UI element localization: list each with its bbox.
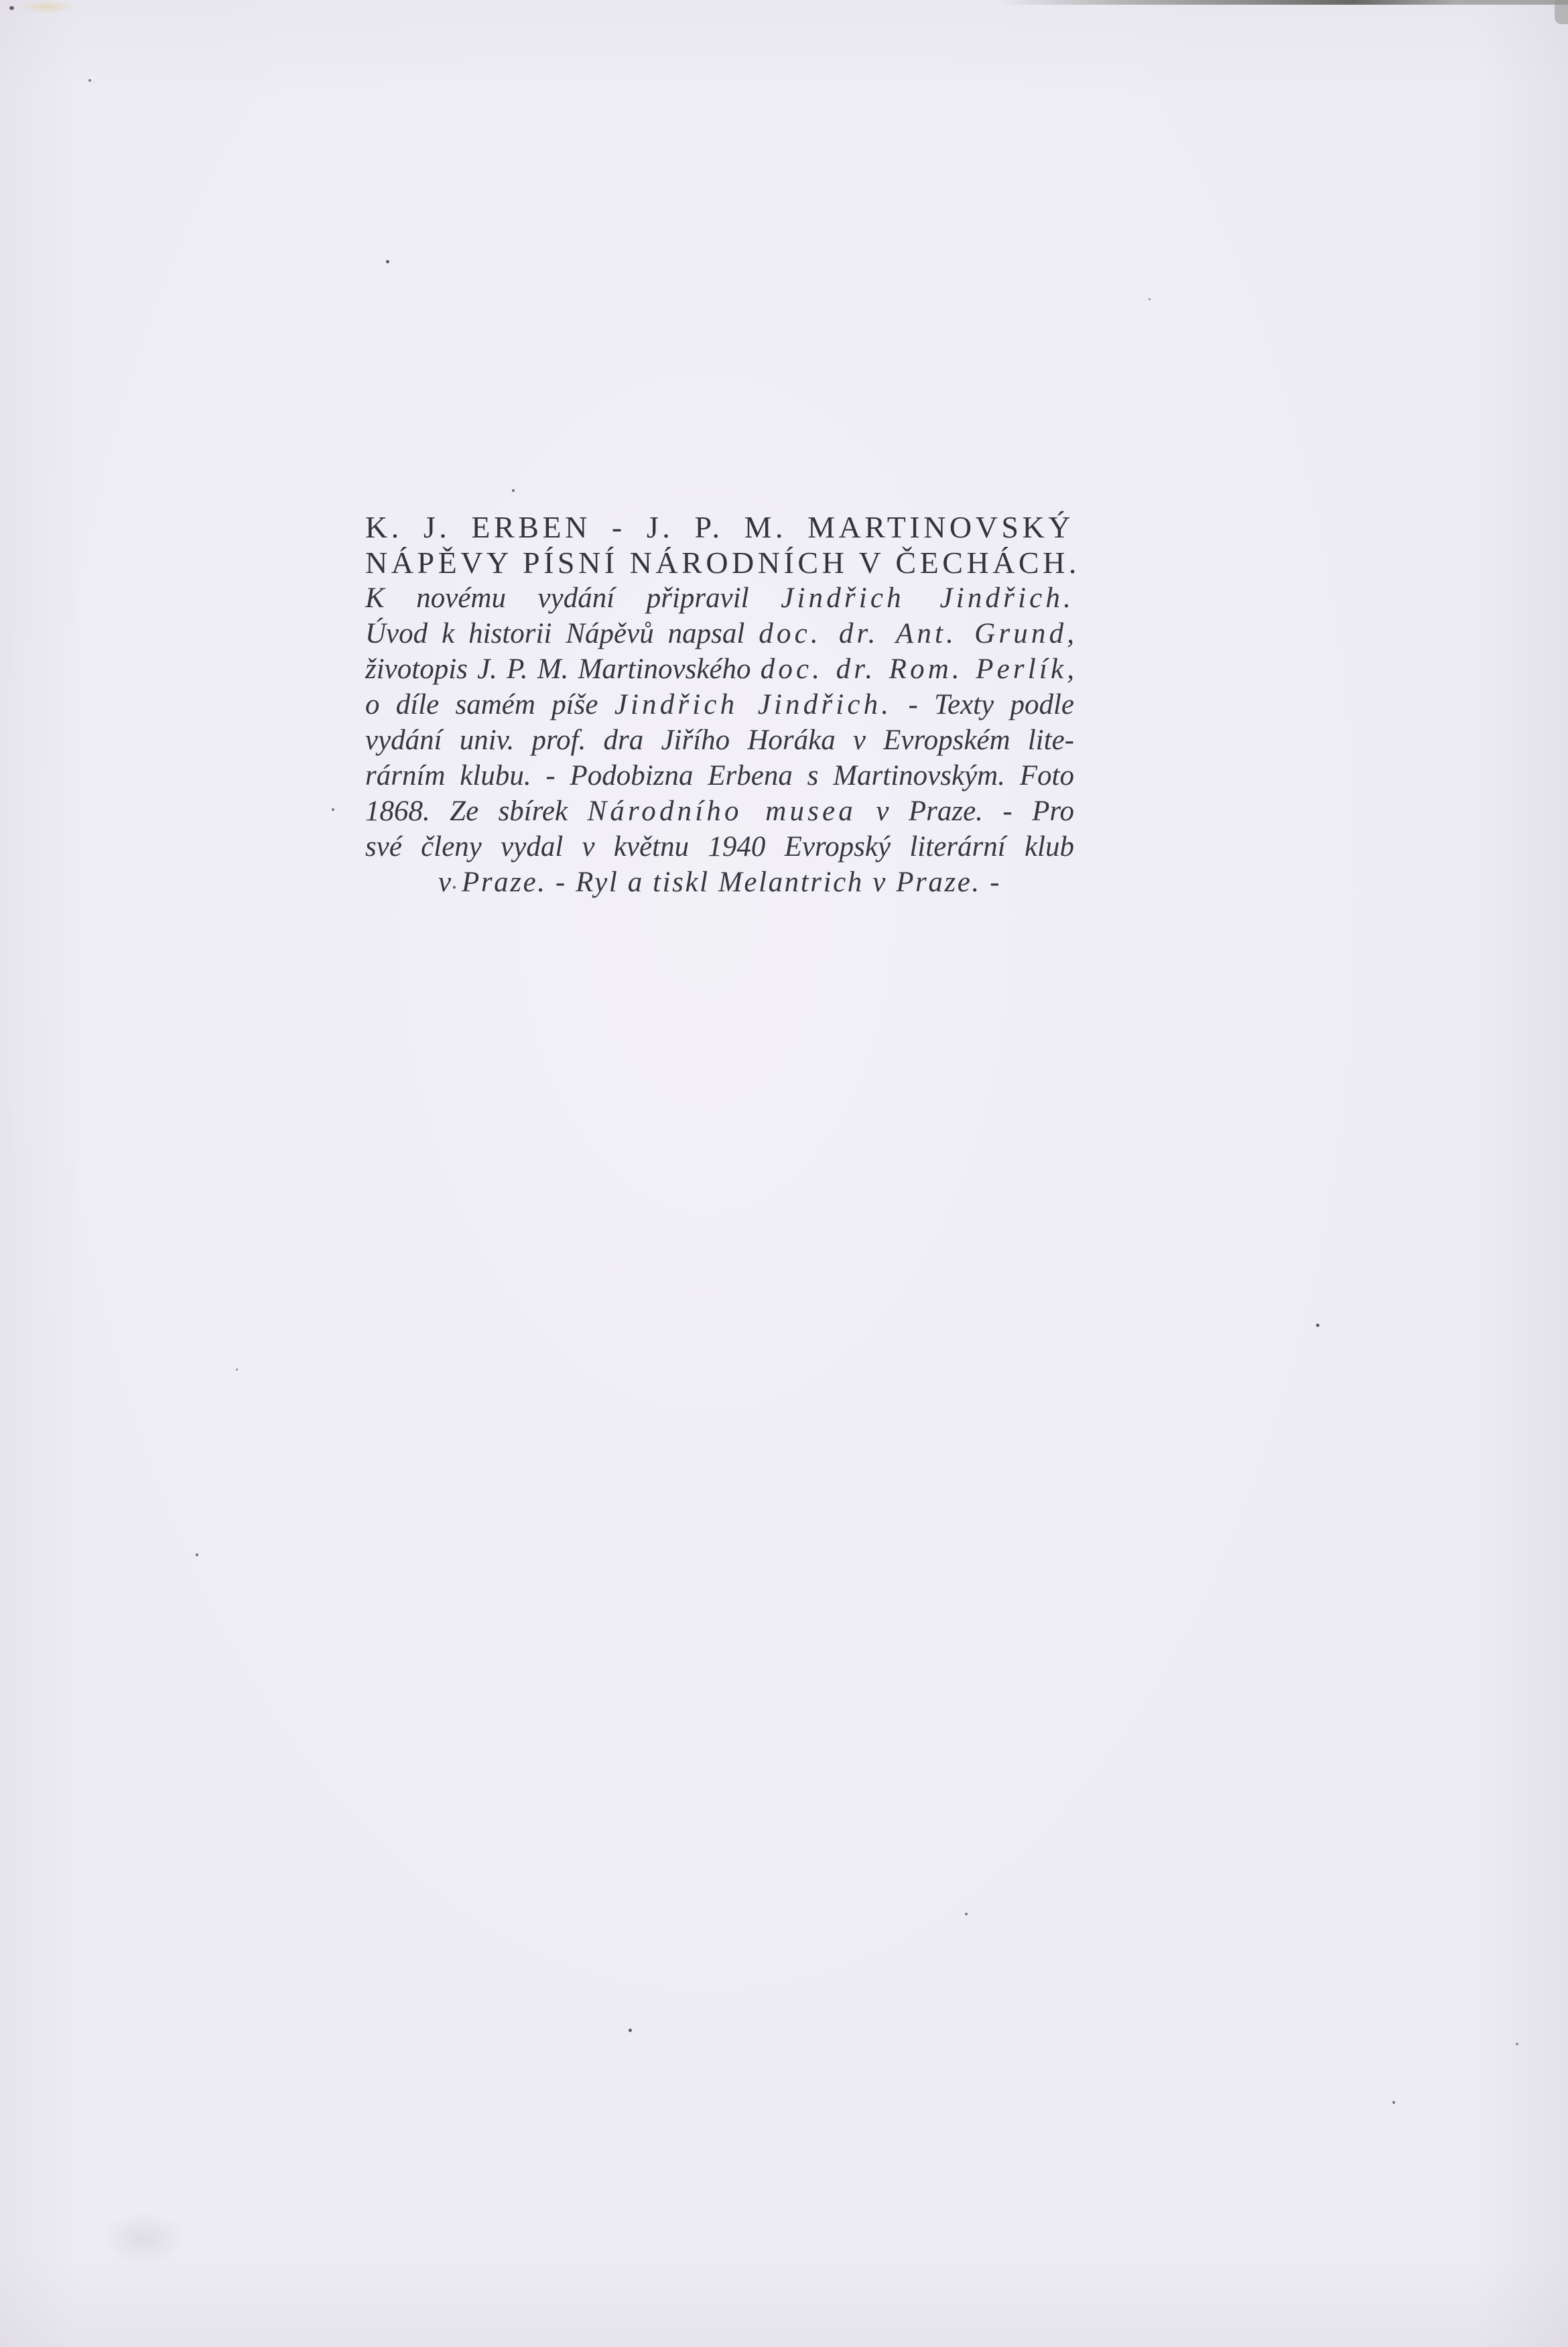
text-segment: Úvod k historii Nápěvů napsal bbox=[365, 618, 759, 649]
colophon-line-11: v Praze. - Ryl a tiskl Melantrich v Praz… bbox=[365, 865, 1074, 900]
scan-top-edge-artifact bbox=[998, 0, 1568, 5]
colophon-text-block: K. J. ERBEN - J. P. M. MARTINOVSKÝNÁPĚVY… bbox=[365, 509, 1074, 900]
text-segment: - Texty podle bbox=[892, 689, 1074, 720]
paper-speck bbox=[88, 79, 91, 82]
text-segment: životopis J. P. M. Martinovského bbox=[365, 653, 761, 685]
colophon-title-2: NÁPĚVY PÍSNÍ NÁRODNÍCH V ČECHÁCH. bbox=[365, 545, 1074, 580]
paper-speck bbox=[9, 6, 14, 10]
text-segment: K. J. ERBEN - J. P. M. MARTINOVSKÝ bbox=[365, 510, 1074, 544]
colophon-line-10: své členy vydal v květnu 1940 Evropský l… bbox=[365, 829, 1074, 865]
text-segment: své členy vydal v květnu 1940 Evropský l… bbox=[365, 831, 1074, 863]
paper-speck bbox=[1392, 2101, 1395, 2104]
colophon-line-8: rárním klubu. - Podobizna Erbena s Marti… bbox=[365, 758, 1074, 794]
text-segment: K novému vydání připravil bbox=[365, 582, 781, 614]
paper-speck bbox=[512, 489, 515, 492]
colophon-line-3: K novému vydání připravil Jindřich Jindř… bbox=[365, 580, 1074, 616]
text-segment: doc. dr. Rom. Perlík bbox=[761, 653, 1067, 685]
colophon-line-9: 1868. Ze sbírek Národního musea v Praze.… bbox=[365, 794, 1074, 829]
paper-speck bbox=[1316, 1324, 1319, 1327]
text-segment: doc. dr. Ant. Grund bbox=[759, 618, 1067, 649]
text-segment: Jindřich Jindřich. bbox=[614, 689, 892, 720]
paper-shadow bbox=[101, 2212, 188, 2265]
text-segment: Jindřich Jindřich. bbox=[781, 582, 1074, 614]
text-segment: v Praze. - Pro bbox=[856, 796, 1074, 827]
colophon-title-1: K. J. ERBEN - J. P. M. MARTINOVSKÝ bbox=[365, 509, 1074, 545]
text-segment: 1868. Ze sbírek bbox=[365, 796, 587, 827]
paper-speck bbox=[332, 808, 334, 811]
paper-speck bbox=[386, 260, 389, 263]
colophon-line-4: Úvod k historii Nápěvů napsal doc. dr. A… bbox=[365, 616, 1074, 651]
colophon-line-5: životopis J. P. M. Martinovského doc. dr… bbox=[365, 651, 1074, 687]
paper-speck bbox=[236, 1369, 238, 1371]
text-segment: v Praze. - Ryl a tiskl Melantrich v Praz… bbox=[438, 867, 1001, 898]
paper-smudge bbox=[19, 0, 75, 13]
paper-speck bbox=[629, 2029, 632, 2032]
scan-corner-artifact bbox=[1555, 0, 1568, 24]
paper-speck bbox=[965, 1913, 968, 1915]
paper-speck bbox=[196, 1553, 198, 1556]
text-segment: vydání univ. prof. dra Jiřího Horáka v E… bbox=[365, 724, 1074, 756]
colophon-line-7: vydání univ. prof. dra Jiřího Horáka v E… bbox=[365, 722, 1074, 758]
text-segment: , bbox=[1067, 618, 1074, 649]
scanned-page: K. J. ERBEN - J. P. M. MARTINOVSKÝNÁPĚVY… bbox=[0, 0, 1568, 2347]
text-segment: NÁPĚVY PÍSNÍ NÁRODNÍCH V ČECHÁCH. bbox=[365, 546, 1080, 580]
paper-speck bbox=[1516, 2043, 1518, 2045]
colophon-line-6: o díle samém píše Jindřich Jindřich. - T… bbox=[365, 687, 1074, 722]
text-segment: , bbox=[1067, 653, 1074, 685]
text-segment: rárním klubu. - Podobizna Erbena s Marti… bbox=[365, 760, 1074, 791]
paper-speck bbox=[1149, 298, 1151, 300]
text-segment: Národního musea bbox=[587, 796, 856, 827]
text-segment: o díle samém píše bbox=[365, 689, 614, 720]
